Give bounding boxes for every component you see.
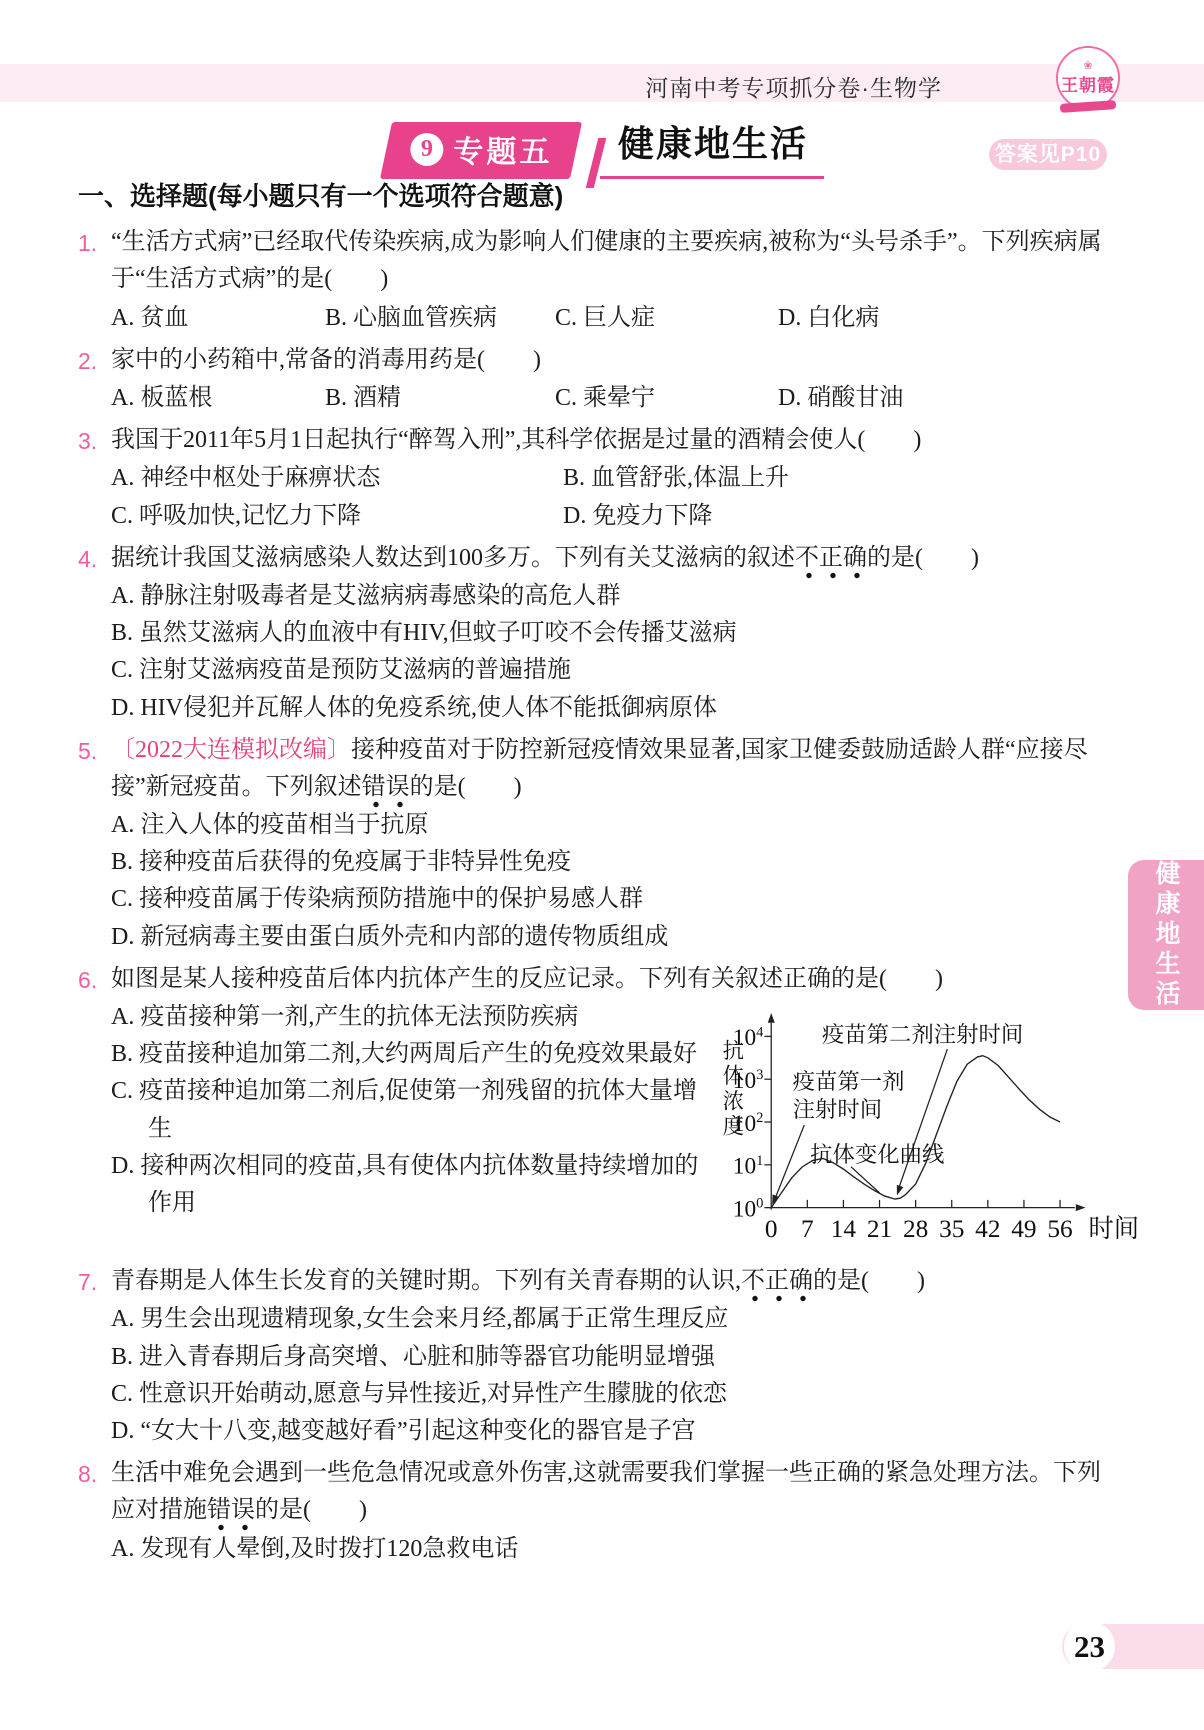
options-row: A. 板蓝根 B. 酒精 C. 乘晕宁 D. 硝酸甘油 [111, 380, 1108, 417]
svg-text:疫苗第二剂注射时间: 疫苗第二剂注射时间 [822, 1022, 1023, 1047]
option: C. 巨人症 [555, 300, 778, 337]
svg-text:疫苗第一剂: 疫苗第一剂 [793, 1069, 905, 1094]
svg-text:21: 21 [867, 1215, 892, 1243]
question-number: 2. [78, 344, 97, 380]
brand-logo-text: 王朝霞 [1061, 71, 1115, 96]
question-number: 7. [78, 1265, 97, 1301]
svg-text:42: 42 [975, 1215, 1000, 1243]
svg-text:49: 49 [1011, 1215, 1036, 1243]
question-4: 4. 据统计我国艾滋病感染人数达到100多万。下列有关艾滋病的叙述不正确的是( … [78, 540, 1108, 727]
question-6-body: A. 疫苗接种第一剂,产生的抗体无法预防疾病 B. 疫苗接种追加第二剂,大约两周… [111, 998, 1108, 1258]
svg-text:101: 101 [733, 1153, 764, 1180]
page: 河南中考专项抓分卷·生物学 ❀ 王朝霞 9 专题五 健康地生活 答案见P10 一… [0, 0, 1204, 1730]
brand-logo-ribbon [1060, 100, 1116, 113]
stem-text: 我国于2011年5月1日起执行“醉驾入刑”,其科学依据是过量的酒精会使人( ) [111, 427, 921, 453]
svg-text:注射时间: 注射时间 [793, 1097, 883, 1122]
svg-text:度: 度 [723, 1115, 744, 1139]
option: B. 疫苗接种追加第二剂,大约两周后产生的免疫效果最好 [111, 1036, 707, 1073]
option: B. 虽然艾滋病人的血液中有HIV,但蚊子叮咬不会传播艾滋病 [111, 615, 1108, 652]
side-tab: 健康地生活 [1128, 860, 1204, 1010]
stem-text: 的是( ) [410, 774, 522, 800]
page-number: 23 [1064, 1621, 1115, 1672]
option: A. 静脉注射吸毒者是艾滋病病毒感染的高危人群 [111, 578, 1108, 615]
content: 一、选择题(每小题只有一个选项符合题意) 1. “生活方式病”已经取代传染疾病,… [78, 176, 1108, 1573]
option: B. 血管舒张,体温上升 [563, 460, 1108, 497]
svg-text:56: 56 [1047, 1215, 1072, 1243]
emphasized-text: 错误 [207, 1497, 255, 1532]
brand-logo: ❀ 王朝霞 [1056, 46, 1120, 110]
option: C. 性意识开始萌动,愿意与异性接近,对异性产生朦胧的依恋 [111, 1376, 1108, 1413]
option: C. 呼吸加快,记忆力下降 [111, 498, 563, 535]
options-list: A. 男生会出现遗精现象,女生会来月经,都属于正常生理反应 B. 进入青春期后身… [111, 1301, 1108, 1450]
option: C. 疫苗接种追加第二剂后,促使第一剂残留的抗体大量增生 [111, 1073, 707, 1147]
header-strip [0, 64, 1204, 102]
emphasized-text: 不正确 [741, 1268, 813, 1303]
option: A. 疫苗接种第一剂,产生的抗体无法预防疾病 [111, 999, 707, 1036]
stem-text: 的是( ) [867, 545, 979, 571]
stem-text: 的是( ) [255, 1497, 367, 1523]
stem-text: “生活方式病”已经取代传染疾病,成为影响人们健康的主要疾病,被称为“头号杀手”。… [111, 229, 1102, 292]
question-stem: 生活中难免会遇到一些危急情况或意外伤害,这就需要我们掌握一些正确的紧急处理方法。… [111, 1455, 1108, 1529]
options-list: A. 注入人体的疫苗相当于抗原 B. 接种疫苗后获得的免疫属于非特异性免疫 C.… [111, 807, 1108, 956]
answer-badge: 答案见P10 [989, 139, 1107, 170]
question-number: 4. [78, 542, 97, 578]
edition-label: 河南中考专项抓分卷·生物学 [645, 70, 942, 103]
stem-text: 家中的小药箱中,常备的消毒用药是( ) [111, 347, 541, 373]
side-tab-label: 健康地生活 [1148, 860, 1184, 1010]
option: C. 注射艾滋病疫苗是预防艾滋病的普遍措施 [111, 652, 1108, 689]
option: D. 免疫力下降 [563, 498, 1108, 535]
question-2: 2. 家中的小药箱中,常备的消毒用药是( ) A. 板蓝根 B. 酒精 C. 乘… [78, 342, 1108, 417]
question-number: 3. [78, 424, 97, 460]
question-3: 3. 我国于2011年5月1日起执行“醉驾入刑”,其科学依据是过量的酒精会使人(… [78, 422, 1108, 535]
options-list: A. 疫苗接种第一剂,产生的抗体无法预防疾病 B. 疫苗接种追加第二剂,大约两周… [111, 999, 707, 1256]
options-row: A. 贫血 B. 心脑血管疾病 C. 巨人症 D. 白化病 [111, 300, 1108, 337]
topic-number-badge: 9 专题五 [380, 122, 582, 179]
svg-text:浓: 浓 [723, 1089, 744, 1113]
stem-text: 青春期是人体生长发育的关键时期。下列有关青春期的认识, [111, 1268, 741, 1294]
question-stem: “生活方式病”已经取代传染疾病,成为影响人们健康的主要疾病,被称为“头号杀手”。… [111, 224, 1108, 298]
options-grid: A. 神经中枢处于麻痹状态 B. 血管舒张,体温上升 C. 呼吸加快,记忆力下降… [111, 460, 1108, 534]
question-stem: 家中的小药箱中,常备的消毒用药是( ) [111, 342, 1108, 379]
question-number: 5. [78, 734, 97, 770]
option: B. 接种疫苗后获得的免疫属于非特异性免疫 [111, 844, 1108, 881]
option: A. 发现有人晕倒,及时拨打120急救电话 [111, 1531, 1108, 1568]
section-heading: 一、选择题(每小题只有一个选项符合题意) [78, 176, 1108, 216]
antibody-chart: 1001011021031040714212835424956时间抗体浓度疫苗第… [707, 1000, 1141, 1246]
option: A. 贫血 [111, 300, 325, 337]
option: C. 乘晕宁 [555, 380, 778, 417]
question-8: 8. 生活中难免会遇到一些危急情况或意外伤害,这就需要我们掌握一些正确的紧急处理… [78, 1455, 1108, 1568]
chart-wrap: 1001011021031040714212835424956时间抗体浓度疫苗第… [707, 1000, 1141, 1258]
topic-banner: 9 专题五 健康地生活 [386, 116, 824, 179]
stem-text: 的是( ) [813, 1268, 925, 1294]
topic-number: 9 [410, 133, 443, 166]
option: D. “女大十八变,越变越好看”引起这种变化的器官是子宫 [111, 1413, 1108, 1450]
emphasized-text: 错误 [362, 774, 410, 809]
question-7: 7. 青春期是人体生长发育的关键时期。下列有关青春期的认识,不正确的是( ) A… [78, 1263, 1108, 1450]
flower-icon: ❀ [1083, 61, 1092, 71]
question-stem: 青春期是人体生长发育的关键时期。下列有关青春期的认识,不正确的是( ) [111, 1263, 1108, 1300]
svg-text:28: 28 [903, 1215, 928, 1243]
question-stem: 如图是某人接种疫苗后体内抗体产生的反应记录。下列有关叙述正确的是( ) [111, 961, 1108, 998]
svg-text:14: 14 [831, 1215, 857, 1243]
question-stem: 据统计我国艾滋病感染人数达到100多万。下列有关艾滋病的叙述不正确的是( ) [111, 540, 1108, 577]
option: A. 板蓝根 [111, 380, 325, 417]
option: D. 硝酸甘油 [778, 380, 1108, 417]
stem-text: 如图是某人接种疫苗后体内抗体产生的反应记录。下列有关叙述正确的是( ) [111, 966, 943, 992]
question-number: 8. [78, 1457, 97, 1493]
options-list: A. 发现有人晕倒,及时拨打120急救电话 [111, 1531, 1108, 1568]
page-title: 健康地生活 [618, 123, 808, 164]
option: D. 新冠病毒主要由蛋白质外壳和内部的遗传物质组成 [111, 919, 1108, 956]
source-tag: 〔2022大连模拟改编〕 [111, 737, 351, 763]
option: A. 神经中枢处于麻痹状态 [111, 460, 563, 497]
option: C. 接种疫苗属于传染病预防措施中的保护易感人群 [111, 881, 1108, 918]
svg-text:体: 体 [723, 1064, 744, 1088]
option: B. 心脑血管疾病 [325, 300, 555, 337]
option: B. 进入青春期后身高突增、心脏和肺等器官功能明显增强 [111, 1339, 1108, 1376]
question-stem: 〔2022大连模拟改编〕接种疫苗对于防控新冠疫情效果显著,国家卫健委鼓励适龄人群… [111, 732, 1108, 806]
svg-text:抗: 抗 [723, 1039, 744, 1063]
question-number: 6. [78, 963, 97, 999]
emphasized-text: 不正确 [795, 545, 867, 580]
question-stem: 我国于2011年5月1日起执行“醉驾入刑”,其科学依据是过量的酒精会使人( ) [111, 422, 1108, 459]
question-6: 6. 如图是某人接种疫苗后体内抗体产生的反应记录。下列有关叙述正确的是( ) A… [78, 961, 1108, 1258]
svg-text:时间: 时间 [1088, 1215, 1139, 1243]
topic-title-wrap: 健康地生活 [600, 116, 824, 179]
svg-text:7: 7 [801, 1215, 814, 1243]
option: D. 接种两次相同的疫苗,具有使体内抗体数量持续增加的作用 [111, 1148, 707, 1222]
option: A. 男生会出现遗精现象,女生会来月经,都属于正常生理反应 [111, 1301, 1108, 1338]
question-5: 5. 〔2022大连模拟改编〕接种疫苗对于防控新冠疫情效果显著,国家卫健委鼓励适… [78, 732, 1108, 956]
question-number: 1. [78, 226, 97, 262]
svg-text:0: 0 [765, 1215, 778, 1243]
option: B. 酒精 [325, 380, 555, 417]
options-list: A. 静脉注射吸毒者是艾滋病病毒感染的高危人群 B. 虽然艾滋病人的血液中有HI… [111, 578, 1108, 727]
svg-text:抗体变化曲线: 抗体变化曲线 [810, 1142, 944, 1167]
svg-text:35: 35 [939, 1215, 964, 1243]
svg-text:100: 100 [733, 1196, 764, 1223]
stem-text: 据统计我国艾滋病感染人数达到100多万。下列有关艾滋病的叙述 [111, 545, 795, 571]
option: D. HIV侵犯并瓦解人体的免疫系统,使人体不能抵御病原体 [111, 690, 1108, 727]
option: A. 注入人体的疫苗相当于抗原 [111, 807, 1108, 844]
topic-label: 专题五 [453, 127, 552, 171]
option: D. 白化病 [778, 300, 1108, 337]
question-1: 1. “生活方式病”已经取代传染疾病,成为影响人们健康的主要疾病,被称为“头号杀… [78, 224, 1108, 337]
